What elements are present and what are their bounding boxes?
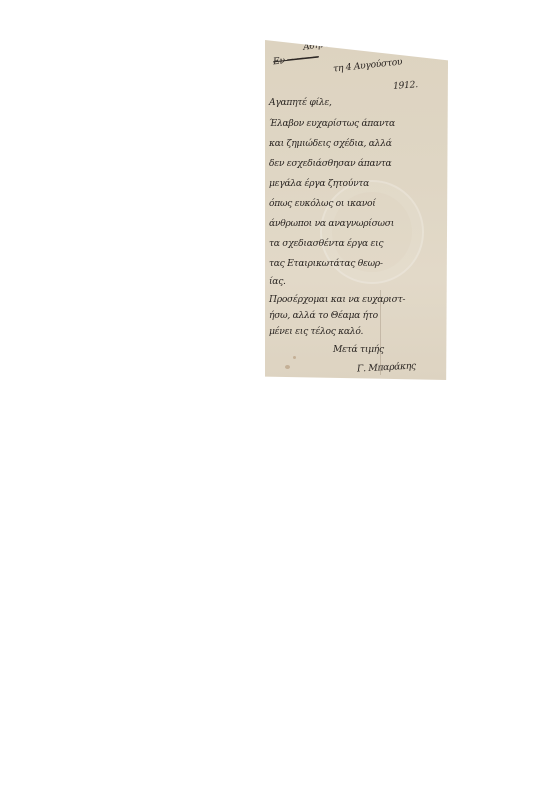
body-line: Προσέρχομαι και να ευχαριστ- [269, 294, 405, 305]
body-line: δεν εσχεδιάσθησαν άπαντα [269, 158, 391, 169]
closing: Μετά τιμής [333, 344, 384, 355]
body-line: ήσω, αλλά το Θέαμα ήτο [269, 310, 378, 321]
body-line: τας Εταιρικωτάτας θεωρ- [269, 258, 383, 269]
stain [285, 365, 290, 369]
body-line: ίας. [269, 276, 286, 287]
year: 1912. [393, 79, 419, 92]
stain [293, 356, 296, 359]
document-canvas: Αθήνα Εν ────── τη 4 Αυγούστου 1912. Αγα… [0, 0, 549, 800]
date-line: τη 4 Αυγούστου [333, 56, 403, 74]
body-line: άνθρωποι να αναγνωρίσωσι [269, 218, 394, 229]
letter-sheet: Αθήνα Εν ────── τη 4 Αυγούστου 1912. Αγα… [265, 40, 448, 380]
body-line: τα σχεδιασθέντα έργα εις [269, 238, 383, 249]
body-line: όπως ευκόλως οι ικανοί [269, 198, 376, 209]
body-line: και ζημιώδεις σχέδια, αλλά [269, 138, 392, 149]
signature: Γ. Μπαράκης [357, 360, 416, 374]
salutation: Αγαπητέ φίλε, [269, 97, 332, 108]
body-line: μεγάλα έργα ζητούντα [269, 178, 369, 189]
body-line: Έλαβον ευχαρίστως άπαντα [269, 118, 395, 129]
place-struck: Εν ────── [273, 52, 320, 68]
body-line: μένει εις τέλος καλό. [269, 326, 363, 337]
